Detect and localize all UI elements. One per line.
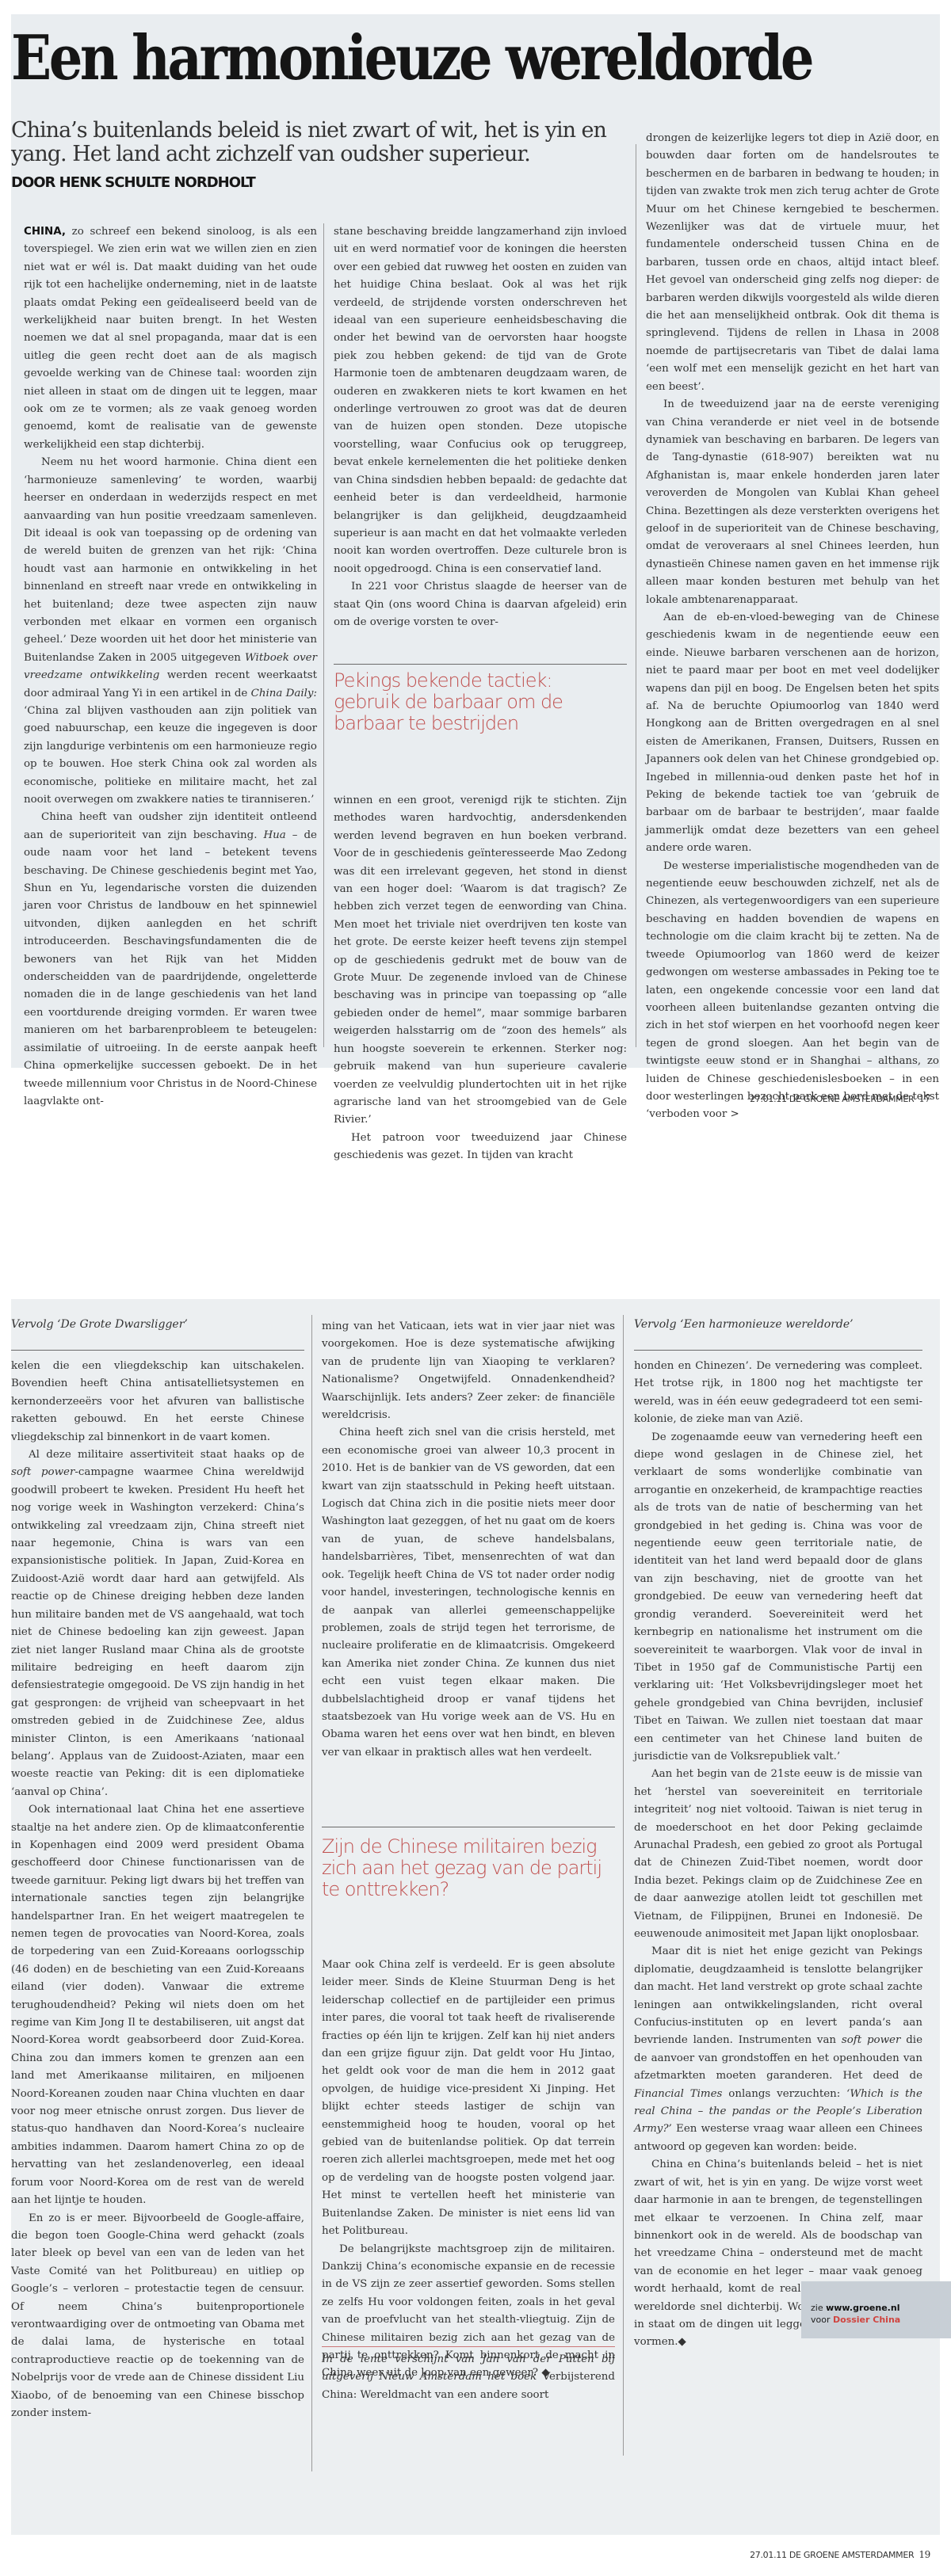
column-divider (311, 1315, 312, 2471)
pull-quote-rule (322, 1827, 615, 1827)
page-folio: 27.01.11 DE GROENE AMSTERDAMMER17 (750, 1093, 930, 1104)
paragraph: Neem nu het woord harmonie. China dient … (24, 454, 317, 809)
paragraph: ming van het Vaticaan, iets wat in vier … (322, 1318, 615, 1424)
standfirst: China’s buitenlands beleid is niet zwart… (11, 119, 621, 166)
paragraph: De westerse imperialistische mogendheden… (646, 858, 939, 1124)
column-divider (636, 144, 636, 1047)
paragraph: winnen en een groot, verenigd rijk te st… (334, 792, 627, 1130)
page17-column-3: drongen de keizerlijke legers tot diep i… (646, 130, 939, 1124)
paragraph: In de tweeduizend jaar na de eerste vere… (646, 396, 939, 609)
page19-column-1: kelen die een vliegdekschip kan uitschak… (11, 1358, 304, 2422)
page19-column-2-top: ming van het Vaticaan, iets wat in vier … (322, 1318, 615, 1762)
end-diamond-icon: ◆ (678, 2336, 686, 2348)
continued-label: Vervolg ‘De Grote Dwarsligger’ (11, 1318, 188, 1331)
page-number: 19 (919, 2549, 930, 2560)
paragraph: China heeft van oudsher zijn identiteit … (24, 809, 317, 1111)
paragraph: Maar ook China zelf is verdeeld. Er is g… (322, 1957, 615, 2241)
lead-in: CHINA, (24, 226, 66, 238)
pull-quote-rule (334, 664, 627, 665)
note-rule (322, 2346, 615, 2347)
paragraph: Al deze militaire assertiviteit staat ha… (11, 1446, 304, 1801)
paragraph: Ook internationaal laat China het ene as… (11, 1801, 304, 2209)
paragraph: Maar dit is niet het enige gezicht van P… (634, 1943, 922, 2156)
dossier-promo-box[interactable]: zie www.groene.nl voor Dossier China (801, 2281, 951, 2338)
paragraph: China heeft zich snel van die crisis her… (322, 1424, 615, 1762)
paragraph: De zogenaamde eeuw van vernedering heeft… (634, 1429, 922, 1766)
column-divider (323, 223, 324, 1047)
label-rule (11, 1350, 304, 1351)
headline: Een harmonieuze wereldorde (11, 22, 812, 94)
label-rule (634, 1350, 922, 1351)
paragraph: kelen die een vliegdekschip kan uitschak… (11, 1358, 304, 1446)
pull-quote: Pekings bekende tactiek: gebruik de barb… (334, 670, 603, 734)
continued-arrow-icon: > (731, 1108, 739, 1120)
paragraph: En zo is er meer. Bijvoorbeeld de Google… (11, 2210, 304, 2423)
continued-label: Vervolg ‘Een harmonieuze wereldorde’ (634, 1318, 854, 1331)
paragraph: drongen de keizerlijke legers tot diep i… (646, 130, 939, 396)
page-folio: 27.01.11 DE GROENE AMSTERDAMMER19 (750, 2549, 930, 2560)
paragraph: Aan de eb-en-vloed-beweging van de Chine… (646, 609, 939, 858)
page19-column-2-bottom: Maar ook China zelf is verdeeld. Er is g… (322, 1957, 615, 2383)
page17-column-2-bottom: winnen en een groot, verenigd rijk te st… (334, 792, 627, 1165)
book-note: In de lente verschijnt van Jan van der P… (322, 2351, 615, 2404)
paragraph: stane beschaving breidde langzamerhand z… (334, 223, 627, 578)
paragraph: CHINA, zo schreef een bekend sinoloog, i… (24, 223, 317, 454)
paragraph: In 221 voor Christus slaagde de heerser … (334, 578, 627, 631)
dossier-china-link[interactable]: Dossier China (833, 2315, 900, 2325)
pull-quote: Zijn de Chinese militairen bezig zich aa… (322, 1836, 615, 1900)
page19-column-3: honden en Chinezen’. De vernedering was … (634, 1358, 922, 2352)
byline: DOOR HENK SCHULTE NORDHOLT (11, 174, 255, 191)
page17-column-1: CHINA, zo schreef een bekend sinoloog, i… (24, 223, 317, 1111)
paragraph: Het patroon voor tweeduizend jaar Chines… (334, 1130, 627, 1165)
website-link[interactable]: www.groene.nl (826, 2303, 899, 2313)
paragraph: honden en Chinezen’. De vernedering was … (634, 1358, 922, 1429)
column-divider (623, 1315, 624, 2456)
page-number: 17 (919, 1093, 930, 1104)
paragraph: Aan het begin van de 21ste eeuw is de mi… (634, 1766, 922, 1943)
page17-column-2-top: stane beschaving breidde langzamerhand z… (334, 223, 627, 631)
